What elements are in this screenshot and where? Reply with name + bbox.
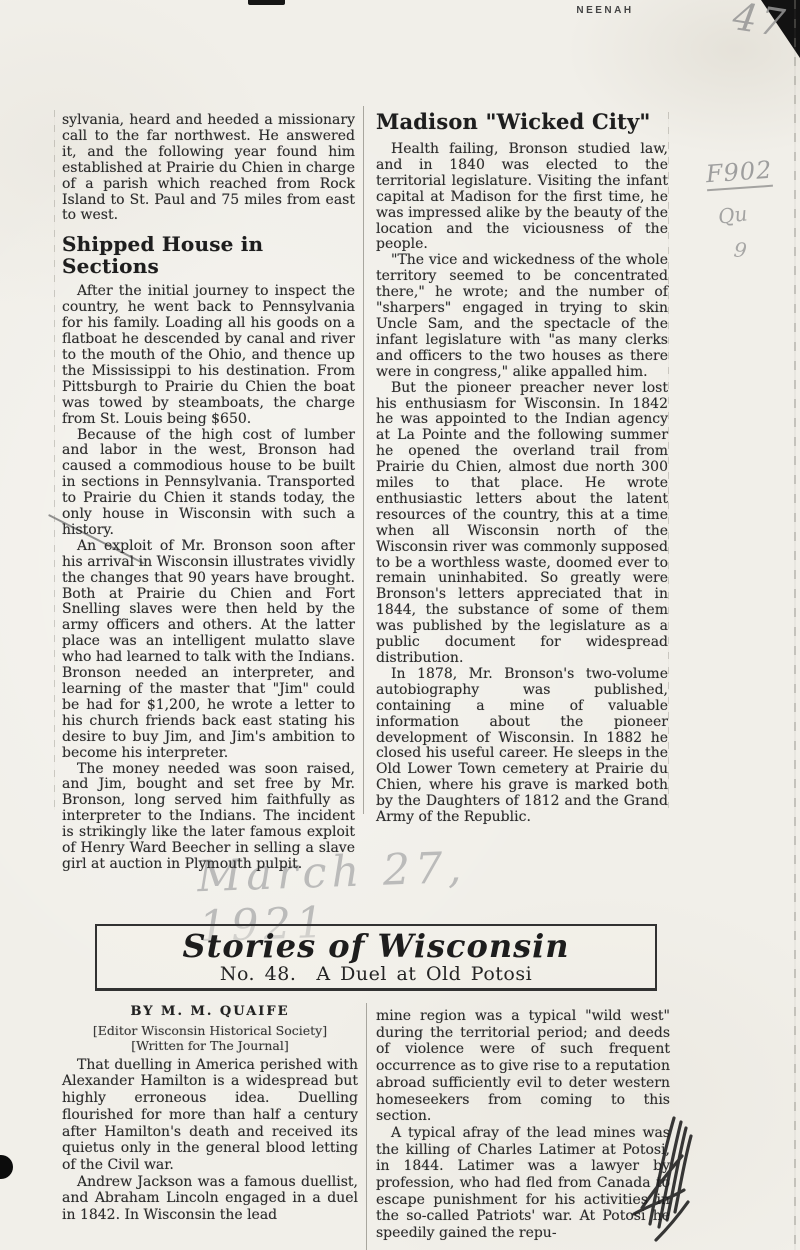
section-heading-madison-wicked-city: Madison "Wicked City" bbox=[376, 110, 668, 133]
clipping-right-rule-top bbox=[668, 112, 669, 808]
paragraph: sylvania, heard and heeded a missionary … bbox=[62, 113, 355, 224]
paragraph: In 1878, Mr. Bronson's two-volume autobi… bbox=[376, 667, 668, 826]
letterhead-line2: NEENAH bbox=[500, 4, 710, 17]
handwritten-margin-note-9: 9 bbox=[733, 237, 748, 262]
punch-hole-mark bbox=[0, 1155, 13, 1179]
column-divider-bottom bbox=[366, 1003, 367, 1250]
story-title: Stories of Wisconsin bbox=[97, 928, 655, 964]
paragraph: Because of the high cost of lumber and l… bbox=[62, 428, 355, 539]
credit-line: [Written for The Journal] bbox=[62, 1038, 358, 1053]
byline: BY M. M. QUAIFE bbox=[62, 1004, 358, 1021]
paragraph: After the initial journey to inspect the… bbox=[62, 284, 355, 427]
handwritten-margin-note-qu: Qu bbox=[717, 201, 749, 228]
column-divider-top bbox=[363, 106, 364, 814]
paragraph: But the pioneer preacher never lost his … bbox=[376, 381, 668, 667]
clipping-left-edge-top bbox=[54, 110, 55, 810]
paragraph: Health failing, Bronson studied law, and… bbox=[376, 142, 668, 253]
paragraph: The money needed was soon raised, and Ji… bbox=[62, 762, 355, 873]
ink-scribble-mark bbox=[612, 1112, 722, 1250]
section-heading-shipped-house: Shipped House in Sections bbox=[62, 233, 355, 277]
paragraph: An exploit of Mr. Bronson soon after his… bbox=[62, 539, 355, 762]
story-subtitle: No. 48. A Duel at Old Potosi bbox=[97, 964, 655, 984]
paragraph: That duelling in America perished with A… bbox=[62, 1057, 358, 1174]
letterhead: JOHN STRANGE NEENAH bbox=[500, 0, 710, 17]
handwritten-page-number: 47 bbox=[730, 0, 791, 46]
paragraph: mine region was a typical "wild west" du… bbox=[376, 1008, 670, 1125]
handwritten-margin-note-f902: F902 bbox=[705, 156, 773, 192]
top-article-left-column: sylvania, heard and heeded a missionary … bbox=[62, 113, 355, 873]
paragraph: "The vice and wickedness of the whole te… bbox=[376, 253, 668, 380]
paragraph: Andrew Jackson was a famous duellist, an… bbox=[62, 1174, 358, 1224]
bottom-article-left-column: BY M. M. QUAIFE [Editor Wisconsin Histor… bbox=[62, 1004, 358, 1224]
clipping-right-edge bbox=[794, 0, 796, 1250]
credit-lines: [Editor Wisconsin Historical Society] [W… bbox=[62, 1023, 358, 1053]
top-article-right-column: Madison "Wicked City" Health failing, Br… bbox=[376, 110, 668, 826]
story-header-box: Stories of Wisconsin No. 48. A Duel at O… bbox=[95, 924, 657, 991]
credit-line: [Editor Wisconsin Historical Society] bbox=[62, 1023, 358, 1038]
top-edge-mark bbox=[248, 0, 285, 5]
scanned-newspaper-page: JOHN STRANGE NEENAH 47 F902 Qu 9 March 2… bbox=[0, 0, 800, 1250]
